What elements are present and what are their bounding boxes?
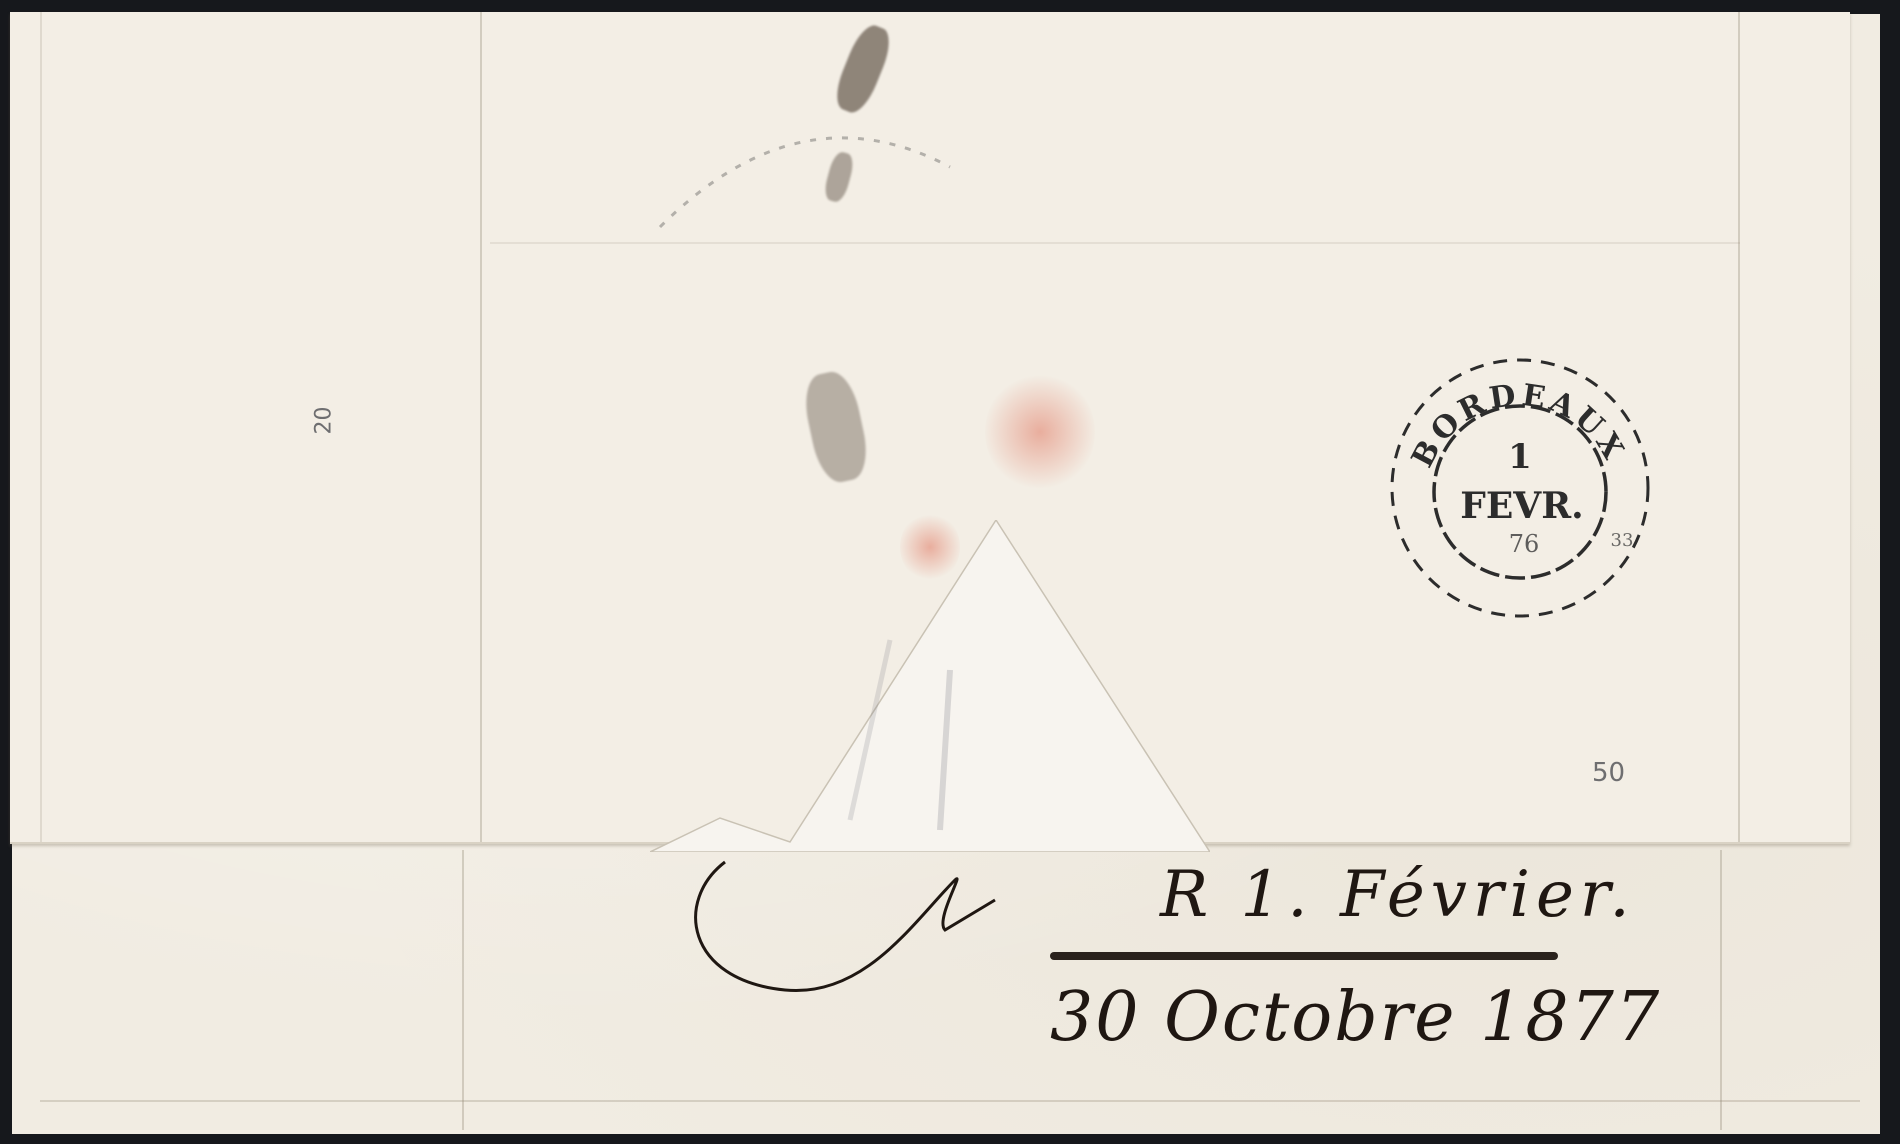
postmark-number: 33: [1611, 530, 1634, 551]
pencil-note-right: 50: [1592, 758, 1625, 788]
docket-underline: [1050, 952, 1558, 960]
pencil-note-left: 20: [312, 407, 337, 435]
docket-line-1: R 1. Février.: [1160, 858, 1636, 932]
seal-stain: [829, 21, 896, 118]
triangle-flap: [650, 520, 1210, 852]
postmark-month: FEVR.: [1460, 485, 1583, 527]
fold-line-right-lower: [1720, 850, 1722, 1130]
postmark-day: 1: [1508, 437, 1532, 477]
faint-circle-mark: [650, 107, 970, 307]
postmark-year: 76: [1509, 530, 1540, 558]
fold-line-left: [480, 12, 482, 842]
red-cancel-mark: [985, 372, 1095, 492]
bordeaux-postmark: BORDEAUX 1 FEVR. 76 33: [1382, 350, 1672, 630]
fold-line-edge: [40, 12, 42, 842]
seal-stain: [799, 368, 873, 486]
docket-line-2: 30 Octobre 1877: [1050, 978, 1661, 1057]
fold-line-right: [1738, 12, 1740, 842]
fold-line-bottom: [40, 1100, 1860, 1102]
docket-flourish: [665, 860, 1065, 1000]
fold-line-left-lower: [462, 850, 464, 1130]
letter-cover: BORDEAUX 1 FEVR. 76 33 R 1. Février. 30 …: [0, 0, 1900, 1144]
